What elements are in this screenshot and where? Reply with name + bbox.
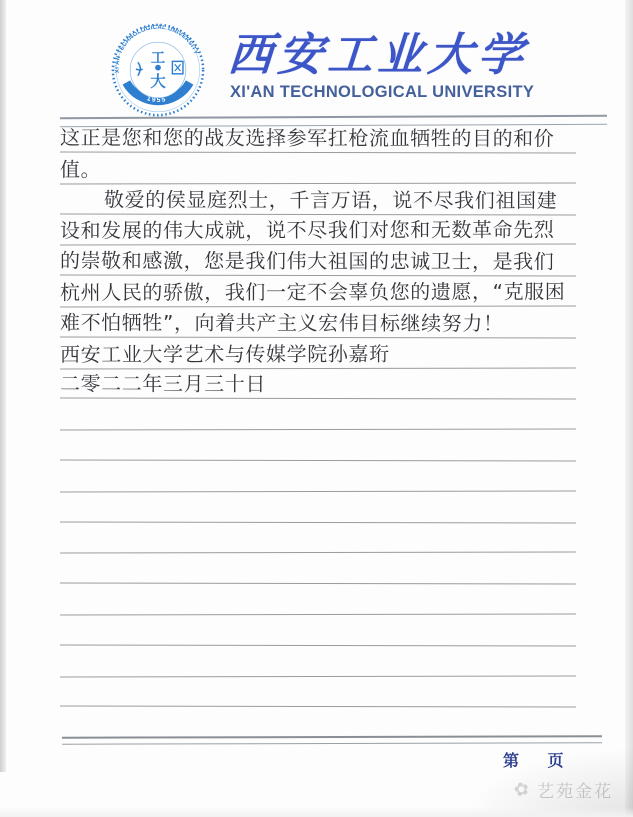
letter-line: 这正是您和您的战友选择参军扛枪流血牺牲的目的和价	[60, 121, 576, 153]
svg-text:大: 大	[150, 72, 166, 90]
footer-divider	[62, 735, 602, 744]
letter-line: 二零二二年三月三十日	[60, 368, 576, 400]
ruled-line	[60, 460, 576, 492]
ruled-line	[60, 676, 576, 708]
paper-left-edge	[0, 0, 6, 772]
ruled-line	[60, 583, 576, 615]
ruled-line	[60, 522, 576, 554]
handwritten-text: 敬爱的侯显庭烈士，千言万语，说不尽我们祖国建	[60, 188, 557, 212]
university-logo-icon: XI'AN TECHNOLOGICAL UNIVERSITY 1955 工 大	[110, 22, 206, 118]
handwritten-text: 的崇敬和感激，您是我们伟大祖国的忠诚卫士，是我们	[60, 249, 554, 273]
ruled-line	[60, 645, 576, 677]
letter-line: 难不怕牺牲”，向着共产主义宏伟目标继续努力！	[60, 306, 576, 338]
paper-right-edge	[625, 0, 633, 817]
scanned-letter-page: XI'AN TECHNOLOGICAL UNIVERSITY 1955 工 大 …	[0, 0, 633, 817]
ruled-line	[60, 399, 576, 431]
letter-line: 杭州人民的骄傲，我们一定不会辜负您的遗愿，“克服困	[60, 275, 576, 307]
handwritten-text: 西安工业大学艺术与传媒学院孙嘉珩	[60, 342, 390, 366]
letter-body: 这正是您和您的战友选择参军扛枪流血牺牲的目的和价值。敬爱的侯显庭烈士，千言万语，…	[60, 122, 576, 707]
photo-bottom-edge	[0, 807, 633, 817]
letter-line: 设和发展的伟大成就，说不尽我们对您和无数革命先烈	[60, 214, 576, 246]
letter-line: 值。	[60, 152, 576, 184]
ruled-line	[60, 491, 576, 523]
handwritten-text: 设和发展的伟大成就，说不尽我们对您和无数革命先烈	[60, 219, 554, 243]
handwritten-text: 二零二二年三月三十日	[60, 373, 266, 396]
university-name-cn: 西安工业大学	[226, 30, 536, 80]
letterhead: XI'AN TECHNOLOGICAL UNIVERSITY 1955 工 大 …	[110, 22, 534, 118]
university-name-en: XI'AN TECHNOLOGICAL UNIVERSITY	[228, 83, 534, 102]
svg-text:工: 工	[151, 50, 166, 66]
letter-line: 敬爱的侯显庭烈士，千言万语，说不尽我们祖国建	[60, 183, 576, 215]
ruled-line	[60, 429, 576, 461]
ruled-line	[60, 553, 576, 585]
handwritten-text: 难不怕牺牲”，向着共产主义宏伟目标继续努力！	[60, 311, 504, 335]
handwritten-text: 杭州人民的骄傲，我们一定不会辜负您的遗愿，“克服困	[60, 280, 565, 304]
letterhead-titles: 西安工业大学 XI'AN TECHNOLOGICAL UNIVERSITY	[228, 22, 534, 102]
ruled-line	[60, 614, 576, 646]
handwritten-text: 这正是您和您的战友选择参军扛枪流血牺牲的目的和价	[60, 126, 554, 150]
handwritten-text: 值。	[60, 158, 101, 181]
letter-line: 的崇敬和感激，您是我们伟大祖国的忠诚卫士，是我们	[60, 245, 576, 277]
letter-line: 西安工业大学艺术与传媒学院孙嘉珩	[60, 337, 576, 369]
